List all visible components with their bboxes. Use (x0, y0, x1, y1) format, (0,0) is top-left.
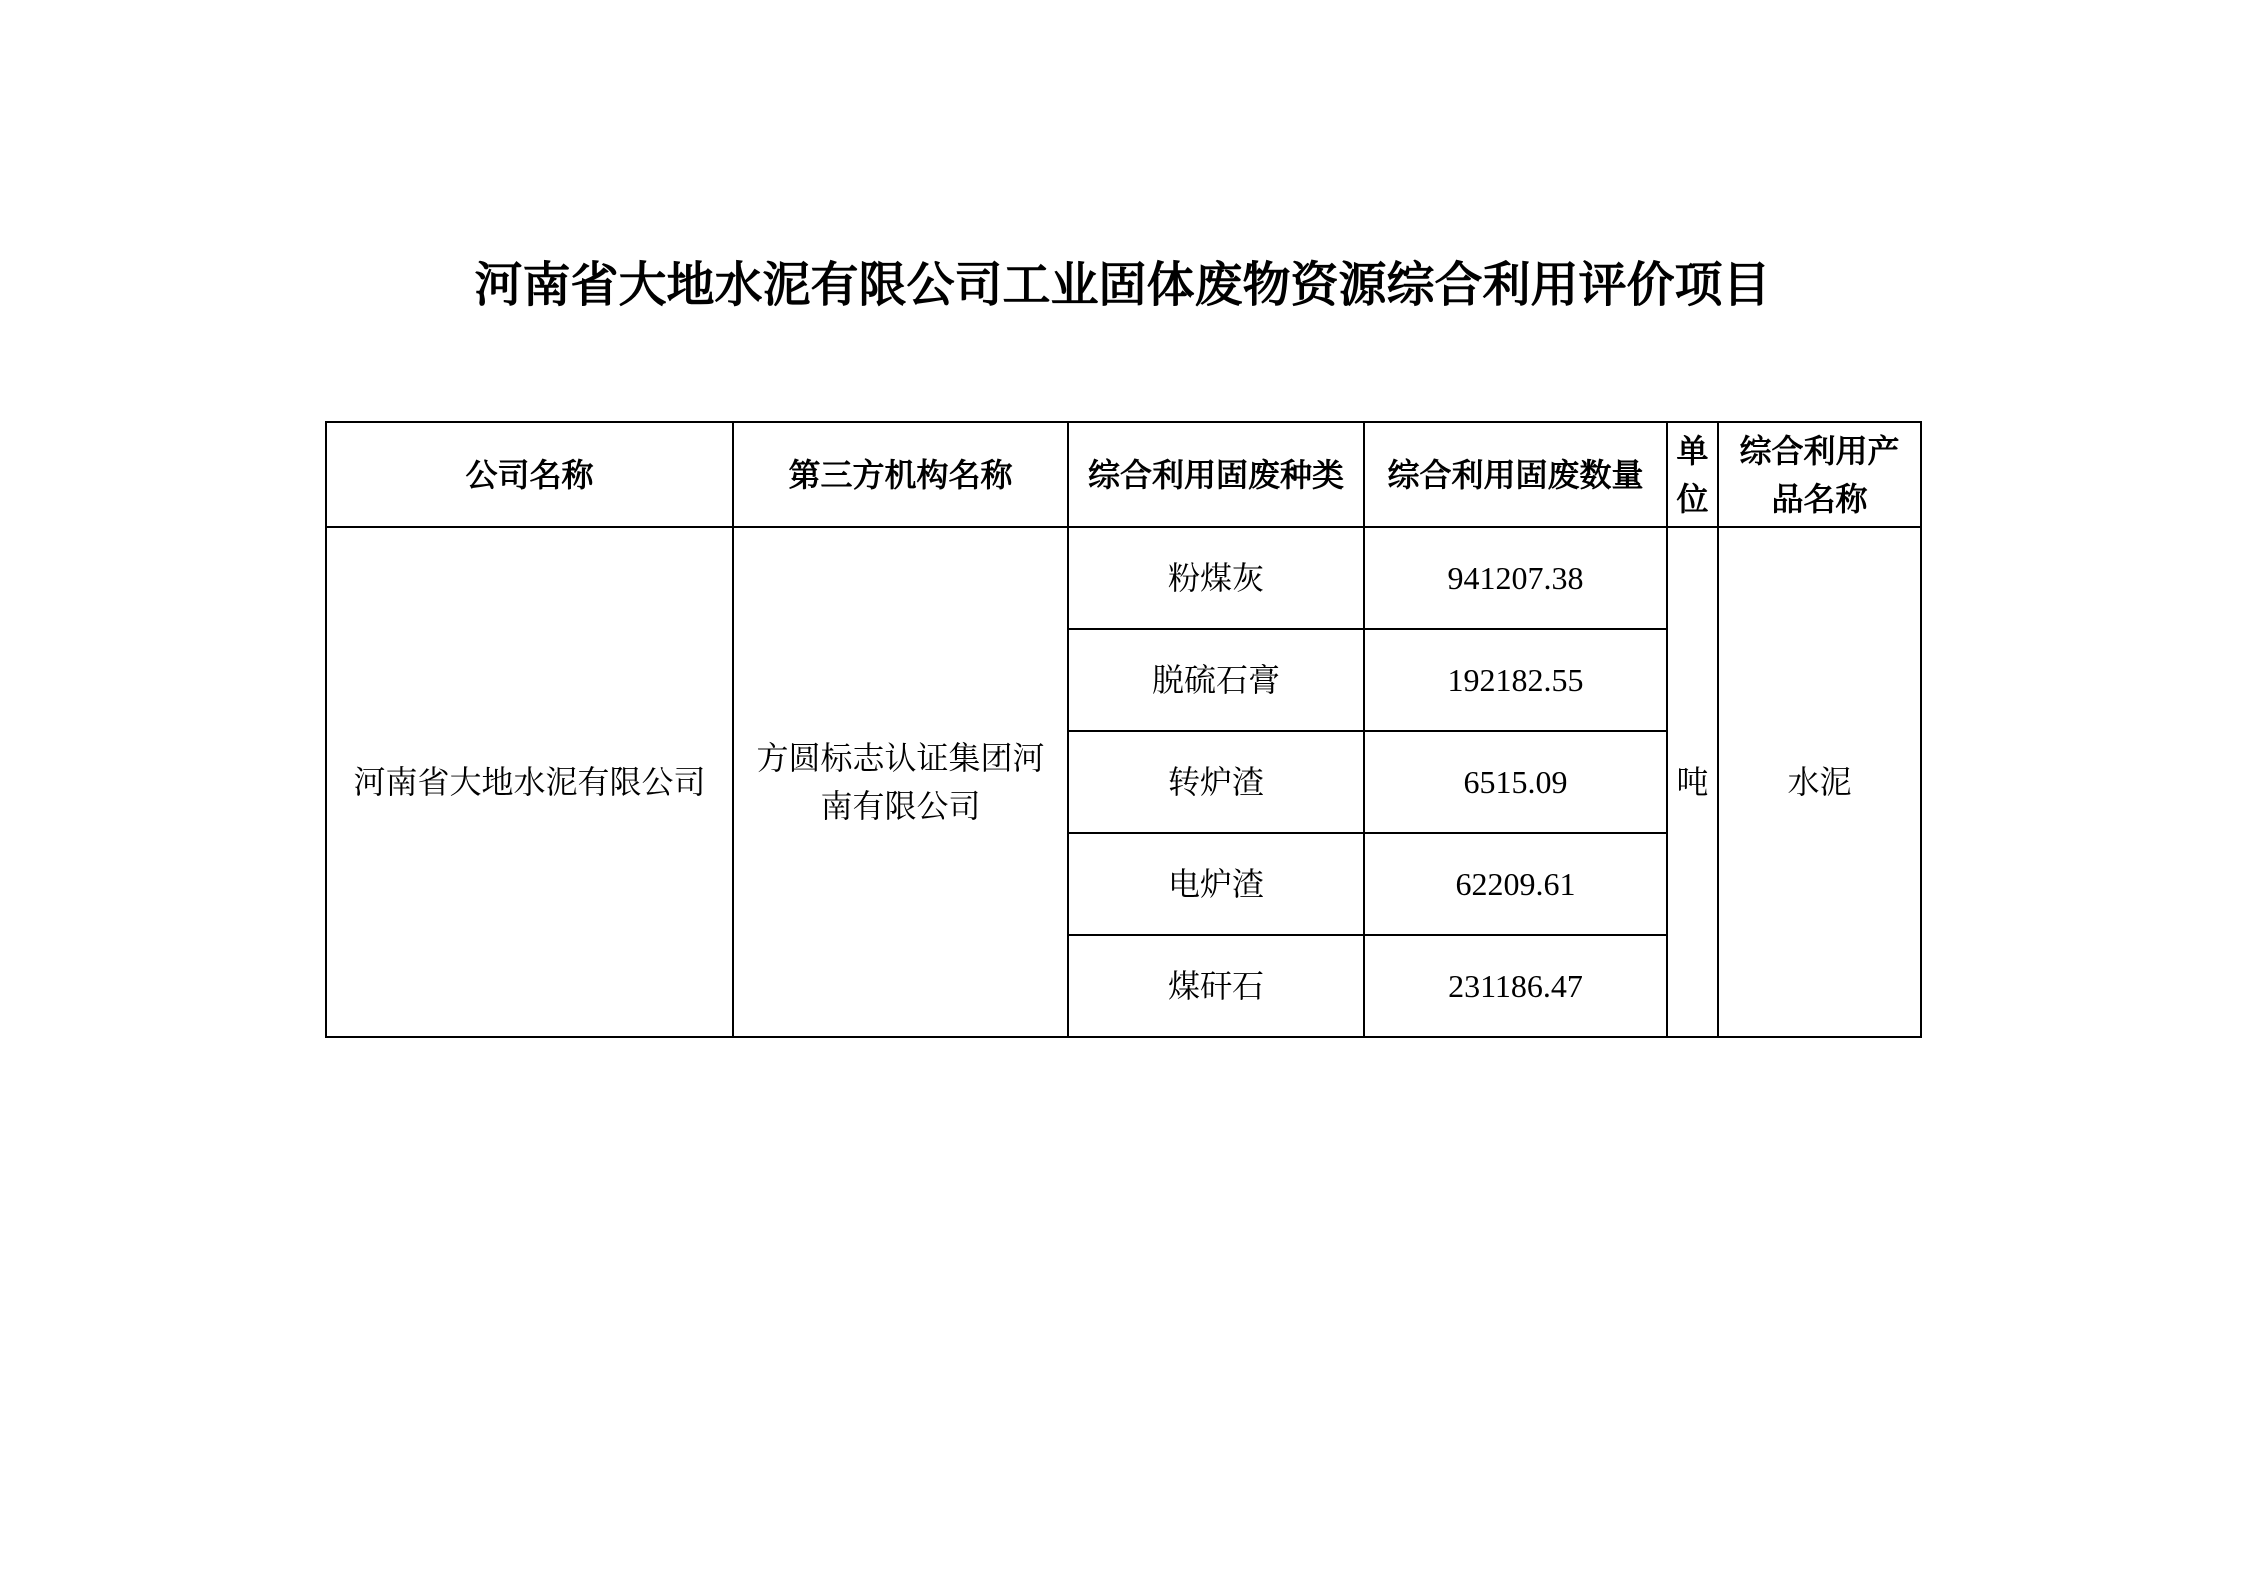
waste-type-cell: 转炉渣 (1068, 731, 1364, 833)
waste-type-cell: 粉煤灰 (1068, 527, 1364, 629)
table-row: 河南省大地水泥有限公司 方圆标志认证集团河南有限公司 粉煤灰 941207.38… (326, 527, 1921, 629)
header-unit: 单位 (1667, 422, 1718, 527)
unit-cell: 吨 (1667, 527, 1718, 1037)
waste-quantity-cell: 6515.09 (1364, 731, 1667, 833)
third-party-cell: 方圆标志认证集团河南有限公司 (733, 527, 1068, 1037)
header-product-name: 综合利用产品名称 (1718, 422, 1921, 527)
table-header-row: 公司名称 第三方机构名称 综合利用固废种类 综合利用固废数量 单位 综合利用产品… (326, 422, 1921, 527)
header-waste-type: 综合利用固废种类 (1068, 422, 1364, 527)
waste-type-cell: 电炉渣 (1068, 833, 1364, 935)
waste-quantity-cell: 62209.61 (1364, 833, 1667, 935)
header-waste-quantity: 综合利用固废数量 (1364, 422, 1667, 527)
waste-quantity-cell: 192182.55 (1364, 629, 1667, 731)
company-name-cell: 河南省大地水泥有限公司 (326, 527, 733, 1037)
waste-type-cell: 脱硫石膏 (1068, 629, 1364, 731)
page-title: 河南省大地水泥有限公司工业固体废物资源综合利用评价项目 (0, 258, 2245, 314)
waste-type-cell: 煤矸石 (1068, 935, 1364, 1037)
product-cell: 水泥 (1718, 527, 1921, 1037)
waste-quantity-cell: 941207.38 (1364, 527, 1667, 629)
header-third-party: 第三方机构名称 (733, 422, 1068, 527)
header-company-name: 公司名称 (326, 422, 733, 527)
waste-utilization-table: 公司名称 第三方机构名称 综合利用固废种类 综合利用固废数量 单位 综合利用产品… (325, 421, 1922, 1038)
waste-quantity-cell: 231186.47 (1364, 935, 1667, 1037)
